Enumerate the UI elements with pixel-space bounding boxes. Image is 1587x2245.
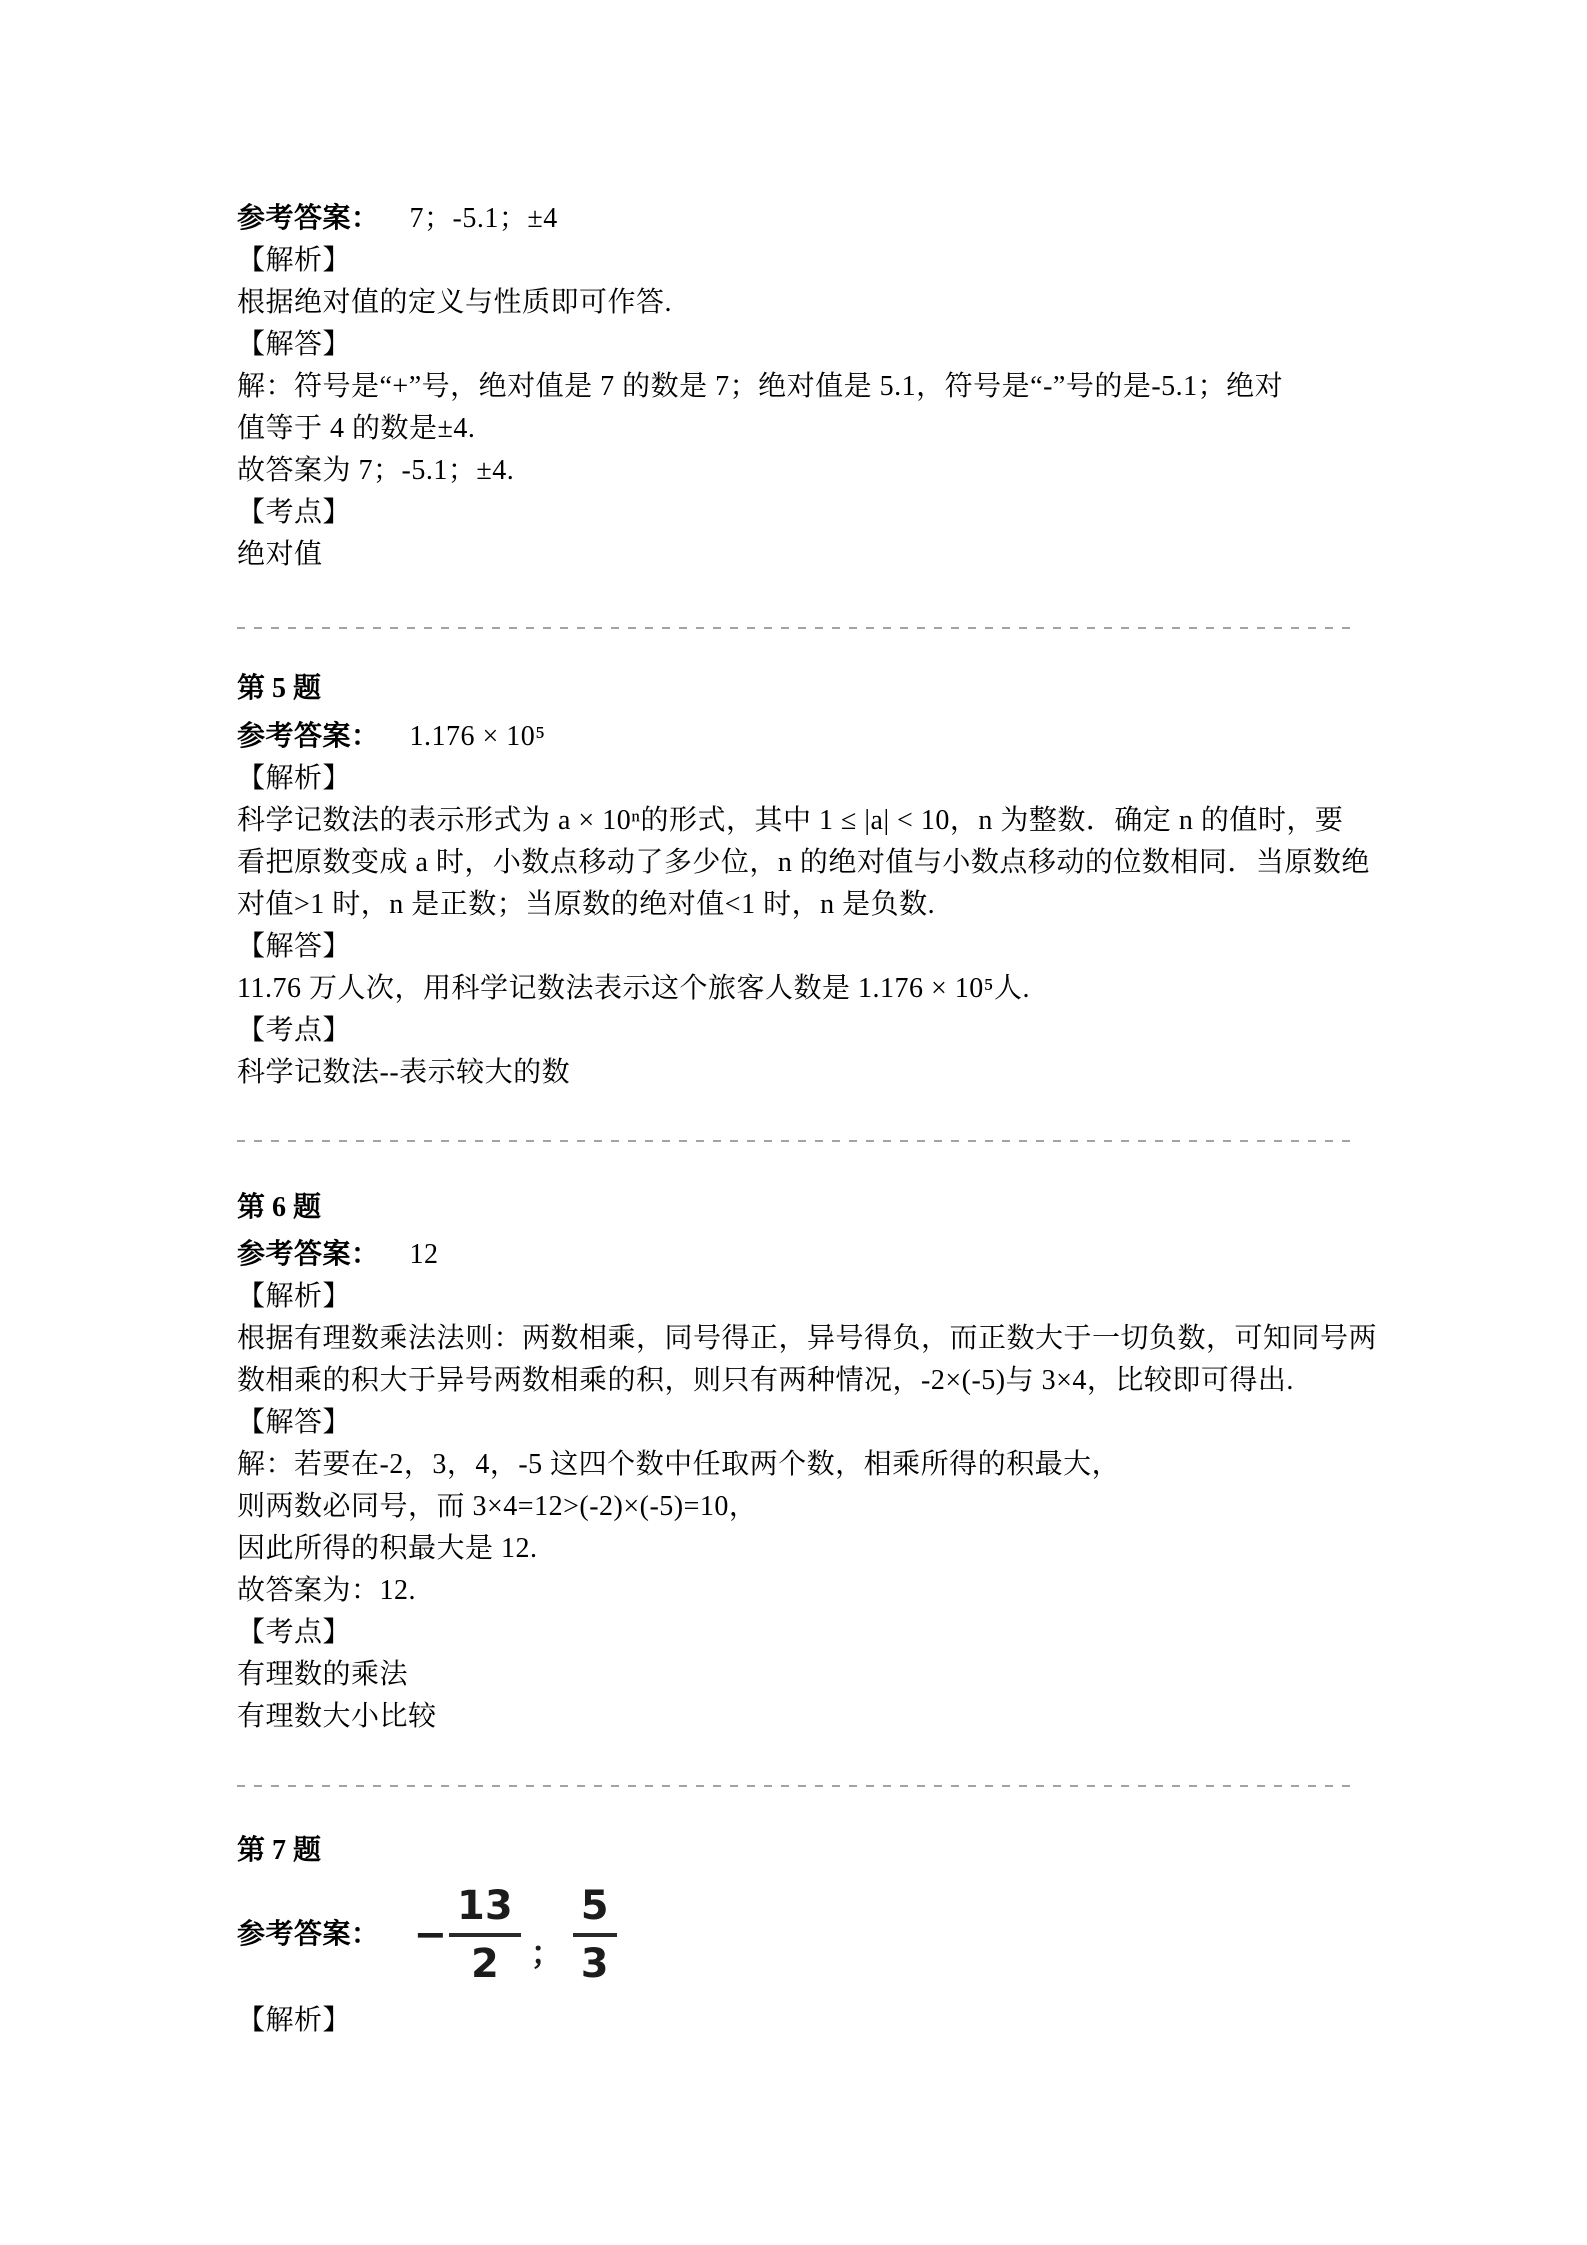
analysis-text: 科学记数法的表示形式为 a × 10ⁿ的形式，其中 1 ≤ |a| < 10，n… [237, 800, 1350, 842]
question-title: 第 6 题 [237, 1187, 1350, 1229]
answer-value: 12 [410, 1239, 439, 1270]
answer-line: 参考答案：12 [237, 1234, 1350, 1276]
answer-label: 参考答案： [237, 1914, 380, 1956]
analysis-text: 看把原数变成 a 时，小数点移动了多少位，n 的绝对值与小数点移动的位数相同．当… [237, 842, 1350, 884]
answer-value: 1.176 × 10⁵ [410, 721, 546, 752]
keypoint-header: 【考点】 [237, 1612, 1350, 1654]
keypoint-header: 【考点】 [237, 492, 1350, 534]
answer-line: 参考答案：7；-5.1；±4 [237, 198, 1350, 240]
solution-header: 【解答】 [237, 1402, 1350, 1444]
solution-text: 值等于 4 的数是±4. [237, 408, 1350, 450]
solution-text: 故答案为 7；-5.1；±4. [237, 450, 1350, 492]
minus-sign: − [414, 1915, 448, 1955]
solution-text: 故答案为：12. [237, 1570, 1350, 1612]
answer-label: 参考答案： [237, 1239, 380, 1270]
solution-text: 解：若要在-2，3，4，-5 这四个数中任取两个数，相乘所得的积最大， [237, 1444, 1350, 1486]
keypoint-text: 有理数的乘法 [237, 1654, 1350, 1696]
answer-section-problem7: 第 7 题 参考答案： − 13 2 ； 5 3 【解析】 [237, 1830, 1350, 2042]
dashed-divider [237, 1140, 1350, 1142]
fraction-numerator: 5 [573, 1886, 617, 1933]
dashed-divider [237, 1785, 1350, 1787]
fraction-denominator: 2 [449, 1933, 521, 1984]
keypoint-header: 【考点】 [237, 1010, 1350, 1052]
analysis-header: 【解析】 [237, 758, 1350, 800]
analysis-text: 根据有理数乘法法则：两数相乘，同号得正，异号得负，而正数大于一切负数，可知同号两 [237, 1318, 1350, 1360]
keypoint-text: 绝对值 [237, 534, 1350, 576]
solution-text: 11.76 万人次，用科学记数法表示这个旅客人数是 1.176 × 10⁵人. [237, 968, 1350, 1010]
keypoint-text: 科学记数法--表示较大的数 [237, 1052, 1350, 1094]
solution-text: 解：符号是“+”号，绝对值是 7 的数是 7；绝对值是 5.1，符号是“-”号的… [237, 366, 1350, 408]
question-title: 第 5 题 [237, 668, 1350, 710]
answer-value: 7；-5.1；±4 [410, 203, 558, 234]
analysis-text: 对值>1 时，n 是正数；当原数的绝对值<1 时，n 是负数. [237, 884, 1350, 926]
fraction-denominator: 3 [573, 1933, 617, 1984]
fraction-first: 13 2 [449, 1886, 521, 1984]
solution-text: 因此所得的积最大是 12. [237, 1528, 1350, 1570]
fraction-second: 5 3 [573, 1886, 617, 1984]
dashed-divider [237, 627, 1350, 629]
solution-header: 【解答】 [237, 926, 1350, 968]
fraction-separator: ； [531, 1928, 563, 1974]
answer-label: 参考答案： [237, 203, 380, 234]
answer-label: 参考答案： [237, 721, 380, 752]
analysis-header: 【解析】 [237, 2000, 1350, 2042]
answer-section-problem6: 第 6 题 参考答案：12 【解析】 根据有理数乘法法则：两数相乘，同号得正，异… [237, 1187, 1350, 1738]
analysis-header: 【解析】 [237, 240, 1350, 282]
answer-section-problem5: 第 5 题 参考答案：1.176 × 10⁵ 【解析】 科学记数法的表示形式为 … [237, 668, 1350, 1094]
question-title: 第 7 题 [237, 1830, 1350, 1872]
analysis-text: 根据绝对值的定义与性质即可作答. [237, 282, 1350, 324]
answer-line: 参考答案： − 13 2 ； 5 3 [237, 1886, 1350, 1984]
keypoint-text: 有理数大小比较 [237, 1696, 1350, 1738]
fraction-answer: − 13 2 ； 5 3 [414, 1886, 617, 1984]
analysis-text: 数相乘的积大于异号两数相乘的积，则只有两种情况，-2×(-5)与 3×4，比较即… [237, 1360, 1350, 1402]
analysis-header: 【解析】 [237, 1276, 1350, 1318]
answer-section-problem4: 参考答案：7；-5.1；±4 【解析】 根据绝对值的定义与性质即可作答. 【解答… [237, 198, 1350, 576]
answer-line: 参考答案：1.176 × 10⁵ [237, 716, 1350, 758]
solution-header: 【解答】 [237, 324, 1350, 366]
fraction-numerator: 13 [449, 1886, 521, 1933]
document-page: 参考答案：7；-5.1；±4 【解析】 根据绝对值的定义与性质即可作答. 【解答… [0, 0, 1587, 2245]
solution-text: 则两数必同号，而 3×4=12>(-2)×(-5)=10， [237, 1486, 1350, 1528]
